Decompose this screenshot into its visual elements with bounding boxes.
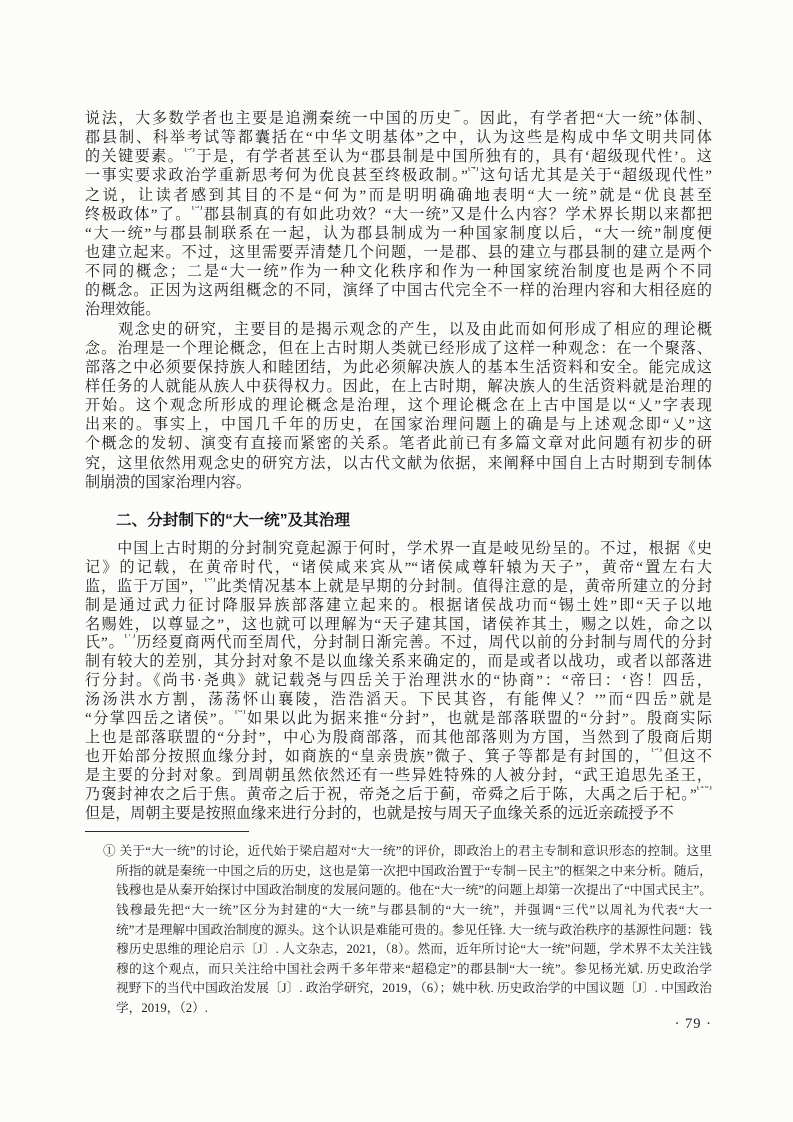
text-line: 的关键要素。[3]于是，有学者甚至认为“郡县制是中国所独有的，具有‘超级现代性’… — [85, 148, 712, 167]
text-line: 但是，周朝主要是按照血缘来进行分封的，也就是按与周天子血缘关系的远近亲疏授予不 — [85, 805, 712, 824]
article-body: 说法，大多数学者也主要是追溯秦统一中国的历史①。因此，有学者把“大一统”体制、郡… — [85, 110, 712, 824]
text-line: 说法，大多数学者也主要是追溯秦统一中国的历史①。因此，有学者把“大一统”体制、 — [85, 110, 712, 129]
citation-marker: [3] — [184, 148, 195, 152]
text-line: 的概念。正因为这两组概念的不同，演绎了中国古代完全不一样的治理内容和大相径庭的 — [85, 282, 712, 301]
citation-marker: [9] — [651, 748, 662, 752]
text-line: 个概念的发轫、演变有直接而紧密的关系。笔者此前已有多篇文章对此问题有初步的研 — [85, 435, 712, 454]
text-line: 是主要的分封对象。到周朝虽然依然还有一些异姓特殊的人被分封，“武王追思先圣王， — [85, 767, 712, 786]
text-line: 名赐姓，以尊显之”，这也就可以理解为“天子建其国，诸侯祚其土，赐之以姓，命之以 — [85, 616, 712, 635]
text-line: 样任务的人就能从族人中获得权力。因此，在上古时期，解决族人的生活资料就是治理的 — [85, 378, 712, 397]
text-line: 出来的。事实上，中国几千年的历史，在国家治理问题上的确是与上述观念即“乂”这 — [85, 416, 712, 435]
text-line: 监，监于万国”，[6]此类情况基本上就是早期的分封制。值得注意的是，黄帝所建立的… — [85, 578, 712, 597]
text-line: 也开始部分按照血缘分封，如商族的“皇亲贵族”微子、箕子等都是有封国的，[9]但这… — [85, 748, 712, 767]
text-line: 究，这里依然用观念史的研究方法，以古代文献为依据，来阐释中国自上古时期到专制体 — [85, 455, 712, 474]
footnote-marker: ① — [103, 844, 119, 858]
text-line: 终极政体”了。[5]郡县制真的有如此功效？“大一统”又是什么内容？学术界长期以来… — [85, 206, 712, 225]
citation-marker: [8] — [235, 710, 246, 714]
paragraph-3: 中国上古时期的分封制究竟起源于何时，学术界一直是岐见纷呈的。不过，根据《史记》的… — [85, 540, 712, 824]
paragraph-1: 说法，大多数学者也主要是追溯秦统一中国的历史①。因此，有学者把“大一统”体制、郡… — [85, 110, 712, 321]
text-line: 开始。这个观念所形成的理论概念是治理，这个理论概念在上古中国是以“乂”字表现 — [85, 397, 712, 416]
text-line: 也建立起来。不过，这里需要弄清楚几个问题，一是郡、县的建立与郡县制的建立是两个 — [85, 244, 712, 263]
text-line: 制崩溃的国家治理内容。 — [85, 474, 712, 493]
footnote-line: 学，2019，（2）. — [85, 999, 712, 1019]
footnote: ① 关于“大一统”的讨论，近代始于梁启超对“大一统”的评价，即政治上的君主专制和… — [85, 842, 712, 1019]
text-line: 念。治理是一个理论概念，但在上古时期人类就已经形成了这样一种观念：在一个聚落、 — [85, 340, 712, 359]
page-number: · 79 · — [675, 1015, 712, 1033]
text-line: 不同的概念；二是“大一统”作为一种文化秩序和作为一种国家统治制度也是两个不同 — [85, 263, 712, 282]
footnote-line: 穆的这个观点，而只关注给中国社会两千多年带来“超稳定”的郡县制“大一统”。参见杨… — [85, 960, 712, 980]
citation-marker: [7] — [125, 634, 136, 638]
text-line: “大一统”与郡县制联系在一起，认为郡县制成为一种国家制度以后，“大一统”制度便 — [85, 225, 712, 244]
text-line: 郡县制、科举考试等都囊括在“中华文明基体”之中，认为这些是构成中华文明共同体 — [85, 129, 712, 148]
text-line: 记》的记载，在黄帝时代，“诸侯咸来宾从”“诸侯咸尊轩辕为天子”，黄帝“置左右大 — [85, 559, 712, 578]
citation-marker: [6] — [205, 578, 216, 582]
text-line: 行分封。《尚书·尧典》就记载尧与四岳关于治理洪水的“协商”：“帝曰：‘咨！四岳， — [85, 672, 712, 691]
footnote-line: 视野下的当代中国政治发展〔J〕. 政治学研究，2019，（6）；姚中秋. 历史政… — [85, 979, 712, 999]
footnote-line: 钱穆最先把“大一统”区分为封建的“大一统”与郡县制的“大一统”，并强调“三代”以… — [85, 901, 712, 921]
citation-marker: [10] — [697, 786, 712, 790]
citation-marker: [5] — [192, 206, 203, 210]
text-line: 乃褒封神农之后于焦。黄帝之后于祝，帝尧之后于蓟，帝舜之后于陈，大禹之后于杞。”[… — [85, 786, 712, 805]
section-heading: 二、分封制下的“大一统”及其治理 — [116, 510, 712, 531]
footnote-line: 穆历史思维的理论启示〔J〕. 人文杂志，2021，（8）。然而，近年所讨论“大一… — [85, 940, 712, 960]
footnote-line: 所指的就是秦统一中国之后的历史，这也是第一次把中国政治置于“专制－民主”的框架之… — [85, 862, 712, 882]
text-line: 一事实要求政治学重新思考何为优良甚至终极政制。”[4]这句话尤其是关于“超级现代… — [85, 167, 712, 186]
footnote-line: 钱穆也是从秦开始探讨中国政治制度的发展问题的。他在“大一统”的问题上却第一次提出… — [85, 881, 712, 901]
citation-marker: [4] — [468, 167, 479, 171]
text-line: 治理效能。 — [85, 301, 712, 320]
text-line: 之说，让读者感到其目的不是“何为”而是明明确确地表明“大一统”就是“优良甚至 — [85, 187, 712, 206]
text-line: 观念史的研究，主要目的是揭示观念的产生，以及由此而如何形成了相应的理论概 — [85, 321, 712, 340]
footnote-line: 统”才是理解中国政治制度的源头。这个认识是难能可贵的。参见任锋. 大一统与政治秩… — [85, 921, 712, 941]
text-line: “分掌四岳之诸侯”。[8]如果以此为据来推“分封”，也就是部落联盟的“分封”。殷… — [85, 710, 712, 729]
footnote-line: ① 关于“大一统”的讨论，近代始于梁启超对“大一统”的评价，即政治上的君主专制和… — [85, 842, 712, 862]
scanned-paper-page: 说法，大多数学者也主要是追溯秦统一中国的历史①。因此，有学者把“大一统”体制、郡… — [0, 0, 793, 1122]
text-line: 制有较大的差别，其分封对象不是以血缘关系来确定的，而是或者以战功，或者以部落进 — [85, 653, 712, 672]
text-line: 部落之中必须要保持族人和睦团结，为此必须解决族人的基本生活资料和安全。能完成这 — [85, 359, 712, 378]
footnote-separator — [85, 831, 249, 832]
text-line: 制是通过武力征讨降服异族部落建立起来的。根据诸侯战功而“锡土姓”即“天子以地 — [85, 597, 712, 616]
paragraph-2: 观念史的研究，主要目的是揭示观念的产生，以及由此而如何形成了相应的理论概念。治理… — [85, 321, 712, 493]
text-line: 上也是部落联盟的“分封”，中心为殷商部落，而其他部落则为方国，当然到了殷商后期 — [85, 729, 712, 748]
text-line: 中国上古时期的分封制究竟起源于何时，学术界一直是岐见纷呈的。不过，根据《史 — [85, 540, 712, 559]
footnote-reference-marker: ① — [453, 110, 463, 115]
text-line: 汤汤洪水方割，荡荡怀山襄陵，浩浩滔天。下民其咨，有能俾乂？’”而“四岳”就是 — [85, 691, 712, 710]
text-line: 氏”。[7]历经夏商两代而至周代，分封制日渐完善。不过，周代以前的分封制与周代的… — [85, 634, 712, 653]
